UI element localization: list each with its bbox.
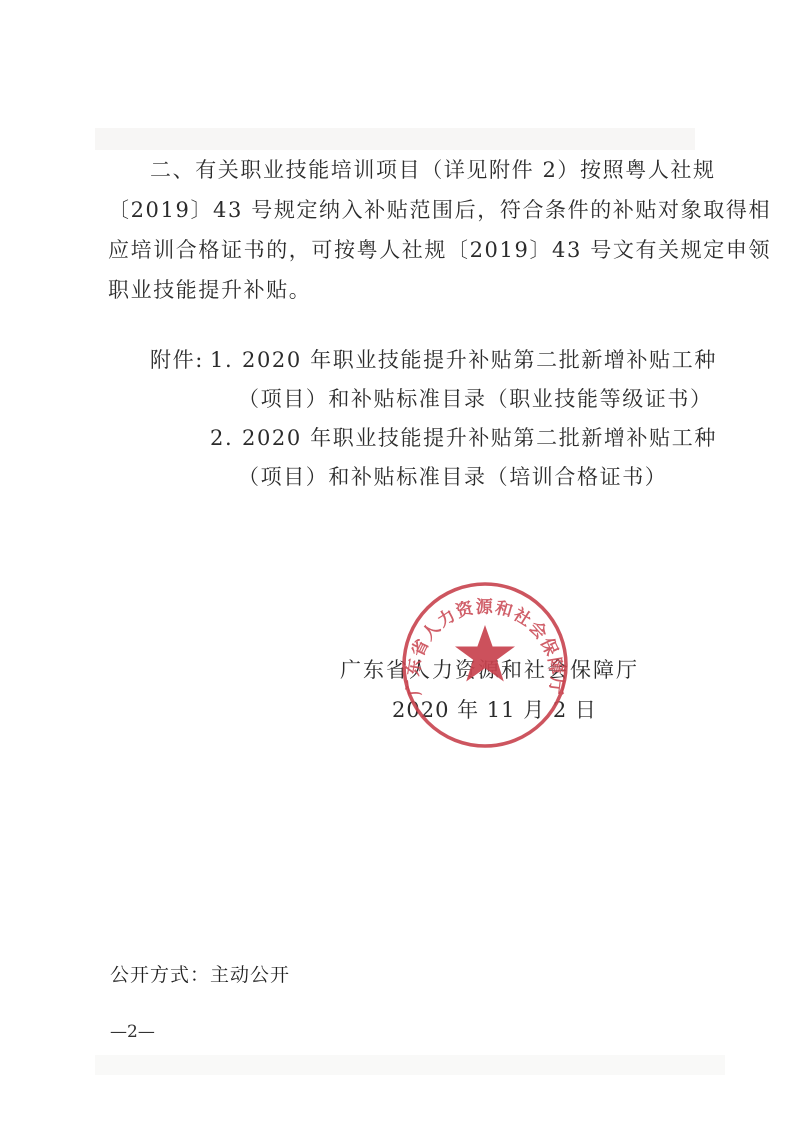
paragraph-line: 职业技能提升补贴。	[108, 276, 311, 304]
attachment-number: 2.	[210, 424, 233, 452]
attachments-label: 附件:	[150, 346, 204, 374]
paragraph-line: 应培训合格证书的，可按粤人社规〔2019〕43 号文有关规定申领	[108, 236, 771, 264]
attachment-title-line: 2020 年职业技能提升补贴第二批新增补贴工种	[242, 346, 717, 374]
page-number: —2—	[110, 1020, 155, 1044]
attachment-title-line: 2020 年职业技能提升补贴第二批新增补贴工种	[242, 424, 717, 452]
disclosure-method: 公开方式：主动公开	[110, 962, 290, 988]
attachment-title-line: （项目）和补贴标准目录（职业技能等级证书）	[238, 385, 713, 413]
paragraph-line: 〔2019〕43 号规定纳入补贴范围后，符合条件的补贴对象取得相	[108, 196, 771, 224]
page-bleed-through-bottom	[95, 1055, 725, 1075]
signing-date: 2020 年 11 月 2 日	[392, 696, 597, 724]
page-bleed-through-top	[95, 128, 695, 150]
attachment-title-line: （项目）和补贴标准目录（培训合格证书）	[238, 463, 667, 491]
attachment-number: 1.	[210, 346, 233, 374]
signing-organization: 广东省人力资源和社会保障厅	[340, 656, 639, 684]
paragraph-line: 二、有关职业技能培训项目（详见附件 2）按照粤人社规	[150, 156, 716, 184]
